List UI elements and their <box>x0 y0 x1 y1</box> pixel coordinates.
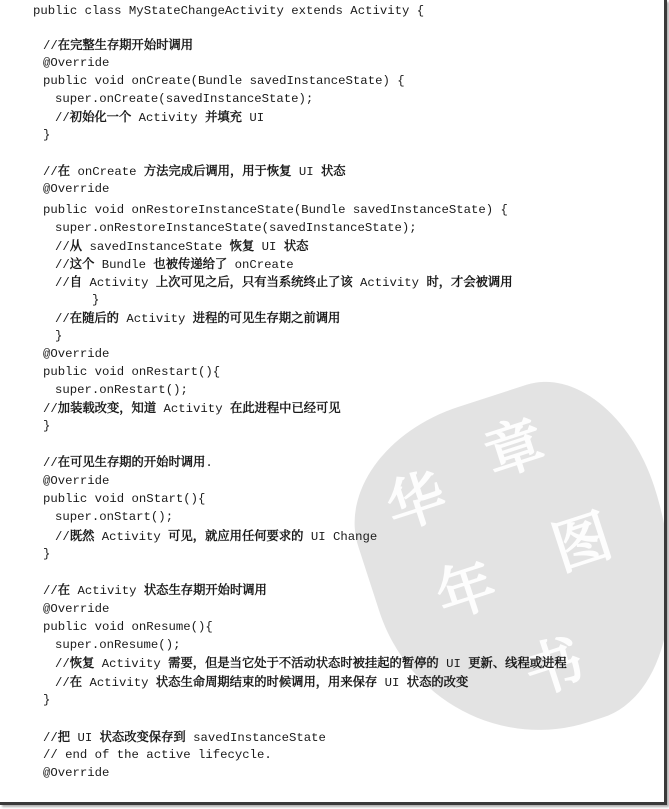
code-line: //自 Activity 上次可见之后，只有当系统终止了该 Activity 时… <box>55 275 513 290</box>
code-line: public void onStart(){ <box>43 492 205 506</box>
watermark-glyph: 华 <box>374 448 455 546</box>
code-line: //在 onCreate 方法完成后调用，用于恢复 UI 状态 <box>43 164 346 179</box>
document-page: 华章年图书 public class MyStateChangeActivity… <box>0 0 667 805</box>
code-line: @Override <box>43 474 109 488</box>
code-line: //初始化一个 Activity 并填充 UI <box>55 110 264 125</box>
code-line: super.onStart(); <box>55 510 173 524</box>
code-line: @Override <box>43 602 109 616</box>
watermark-glyph: 图 <box>540 489 621 587</box>
code-line: public void onCreate(Bundle savedInstanc… <box>43 74 405 88</box>
code-line: public void onResume(){ <box>43 620 213 634</box>
code-line: //恢复 Activity 需要，但是当它处于不活动状态时被挂起的暂停的 UI … <box>55 656 567 671</box>
watermark-glyph: 章 <box>473 395 554 493</box>
code-line: //加装载改变，知道 Activity 在此进程中已经可见 <box>43 401 341 416</box>
code-line: } <box>43 128 50 142</box>
code-line: @Override <box>43 766 109 780</box>
code-line: //这个 Bundle 也被传递给了 onCreate <box>55 257 294 272</box>
code-line: } <box>43 693 50 707</box>
code-line: super.onResume(); <box>55 638 180 652</box>
code-line: } <box>55 329 62 343</box>
code-line: @Override <box>43 182 109 196</box>
code-line: public void onRestart(){ <box>43 365 220 379</box>
code-line: @Override <box>43 56 109 70</box>
code-line: super.onCreate(savedInstanceState); <box>55 92 313 106</box>
watermark-glyph: 年 <box>424 537 505 635</box>
code-line: } <box>92 293 99 307</box>
code-line: } <box>43 419 50 433</box>
code-line: super.onRestart(); <box>55 383 188 397</box>
publisher-watermark: 华章年图书 <box>327 357 667 773</box>
code-line: //在可见生存期的开始时调用. <box>43 455 213 470</box>
code-line: //在随后的 Activity 进程的可见生存期之前调用 <box>55 311 340 326</box>
code-line: //既然 Activity 可见，就应用任何要求的 UI Change <box>55 529 377 544</box>
code-line: } <box>43 547 50 561</box>
code-line: super.onRestoreInstanceState(savedInstan… <box>55 221 417 235</box>
code-line: @Override <box>43 347 109 361</box>
code-line: //从 savedInstanceState 恢复 UI 状态 <box>55 239 308 254</box>
code-line: //把 UI 状态改变保存到 savedInstanceState <box>43 730 326 745</box>
code-line: public void onRestoreInstanceState(Bundl… <box>43 203 508 217</box>
code-line: //在 Activity 状态生命周期结束的时候调用，用来保存 UI 状态的改变 <box>55 675 468 690</box>
code-line: // end of the active lifecycle. <box>43 748 272 762</box>
code-line: //在 Activity 状态生存期开始时调用 <box>43 583 267 598</box>
code-line: //在完整生存期开始时调用 <box>43 38 193 53</box>
code-line: public class MyStateChangeActivity exten… <box>33 4 424 18</box>
